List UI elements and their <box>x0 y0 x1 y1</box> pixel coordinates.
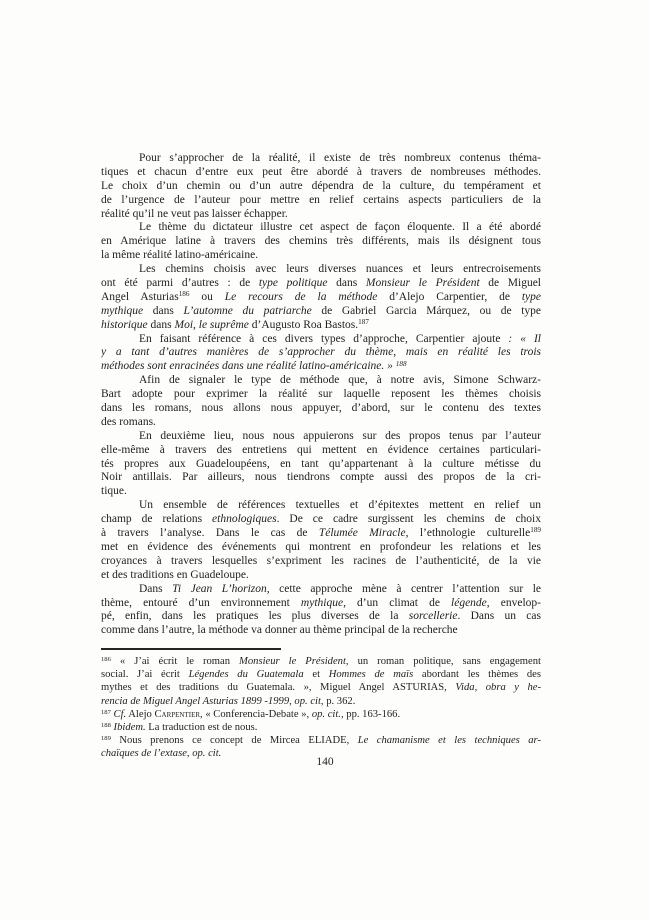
text-run: mythes et des traditions du Guatemala. »… <box>101 682 455 693</box>
text-line: En deuxième lieu, nous nous appuierons s… <box>101 430 541 444</box>
body-paragraph: En faisant référence à ces divers types … <box>101 333 541 375</box>
text-run: met en évidence des événements qui montr… <box>101 541 541 553</box>
document-page: Pour s’approcher de la réalité, il exist… <box>0 0 650 920</box>
text-run: . De ce cadre surgissent les chemins de … <box>277 513 541 525</box>
text-line: Bart adopte pour exprimer la réalité sur… <box>101 388 541 402</box>
text-line: 189 Nous prenons ce concept de Mircea EL… <box>101 734 541 747</box>
text-line: des romans. <box>101 416 541 430</box>
text-run: elle-même à travers des entretiens qui m… <box>101 444 541 456</box>
text-line: la même réalité latino-américaine. <box>101 249 541 263</box>
text-run: dans <box>148 319 175 331</box>
footnote-paragraph: 186 « J’ai écrit le roman Monsieur le Pr… <box>101 655 541 708</box>
text-line: historique dans Moi, le suprême d’August… <box>101 319 541 333</box>
text-line: réalité qu’il ne veut pas laisser échapp… <box>101 208 541 222</box>
text-line: à travers l’analyse. Dans le cas de Télu… <box>101 527 541 541</box>
text-run: méthodes sont enracinées dans une réalit… <box>101 360 396 372</box>
text-run: ont été parmi d’autres : de <box>101 277 259 289</box>
text-run: : « Il <box>500 333 541 345</box>
text-run: comme dans l’autre, la méthode va donner… <box>101 624 458 636</box>
text-run: sorcellerie <box>409 610 458 622</box>
text-run: de Miguel <box>480 277 541 289</box>
text-run: tique. <box>101 485 127 497</box>
text-line: rencia de Miguel Angel Asturias 1899 -19… <box>101 695 541 708</box>
text-run: « J’ai écrit le roman <box>111 656 239 667</box>
body-paragraph: Dans Ti Jean L’horizon, cette approche m… <box>101 583 541 639</box>
text-line: tique. <box>101 485 541 499</box>
text-line: croyances à travers lesquelles s’exprime… <box>101 555 541 569</box>
text-run: Monsieur le Président, <box>239 656 349 667</box>
text-line: Dans Ti Jean L’horizon, cette approche m… <box>101 583 541 597</box>
text-run: type politique <box>259 277 328 289</box>
footnote-paragraph: 187 Cf. Alejo Carpentier, « Conferencia-… <box>101 708 541 721</box>
body-paragraph: Afin de signaler le type de méthode que,… <box>101 374 541 430</box>
text-run: la même réalité latino-américaine. <box>101 249 258 261</box>
text-line: tiques et chacun d’entre eux peut être a… <box>101 166 541 180</box>
text-run: L’automne du patriarche <box>183 305 311 317</box>
text-run: , envelop- <box>487 597 541 609</box>
text-run: La traduction est de nous. <box>146 722 258 733</box>
text-run: mythique <box>301 597 343 609</box>
text-run: Dans <box>139 583 172 595</box>
text-run: Le choix d’un chemin ou d’un autre dépen… <box>101 180 541 192</box>
text-line: Afin de signaler le type de méthode que,… <box>101 374 541 388</box>
text-run: un roman politique, sans engagement <box>349 656 541 667</box>
text-run: tiques et chacun d’entre eux peut être a… <box>101 166 541 178</box>
body-paragraph: Les chemins choisis avec leurs diverses … <box>101 263 541 332</box>
text-run: , « Conferencia-Debate », <box>200 709 312 720</box>
footnote-reference: 189 <box>530 527 541 534</box>
footnote-reference: 187 <box>101 709 111 716</box>
footnote-reference: 189 <box>101 735 111 742</box>
footnote-reference: 188 <box>101 722 111 729</box>
text-run: op. cit <box>294 696 320 707</box>
text-run: dans <box>328 277 366 289</box>
text-run: des romans. <box>101 416 156 428</box>
text-line: elle-même à travers des entretiens qui m… <box>101 444 541 458</box>
text-line: Les chemins choisis avec leurs diverses … <box>101 263 541 277</box>
text-run: , d’un climat de <box>343 597 451 609</box>
text-run: légende <box>451 597 487 609</box>
text-run: Vida, obra y he- <box>455 682 541 693</box>
text-run: , p. 362. <box>321 696 355 707</box>
text-run: Ti Jean L’horizon, <box>172 583 269 595</box>
text-run: Bart adopte pour exprimer la réalité sur… <box>101 388 541 400</box>
text-run: En deuxième lieu, nous nous appuierons s… <box>139 430 541 442</box>
text-line: pé, enfin, dans les pratiques les plus d… <box>101 610 541 624</box>
text-line: et des traditions en Guadeloupe. <box>101 569 541 583</box>
text-run: y a tant d’autres manières de s’approche… <box>101 346 541 358</box>
text-run: de l’urgence de l’auteur pour mettre en … <box>101 194 541 206</box>
text-run: Hommes de maïs <box>329 669 414 680</box>
text-run: de Gabriel Garcia Márquez, ou de type <box>312 305 541 317</box>
footnote-reference: 186 <box>101 656 111 663</box>
text-run: , pp. 163-166. <box>341 709 400 720</box>
text-run: Angel Asturias <box>101 291 179 303</box>
text-line: Angel Asturias186 ou Le recours de la mé… <box>101 291 541 305</box>
body-paragraph: Pour s’approcher de la réalité, il exist… <box>101 152 541 221</box>
text-run: Moi, le suprême <box>174 319 248 331</box>
text-line: Un ensemble de références textuelles et … <box>101 499 541 513</box>
text-run: Le thème du dictateur illustre cet aspec… <box>139 221 541 233</box>
text-run: historique <box>101 319 148 331</box>
text-run: Cf. <box>114 709 127 720</box>
footnote-reference: 186 <box>179 291 190 298</box>
text-run: mythique <box>101 305 143 317</box>
footnote-reference: 187 <box>358 319 369 326</box>
text-line: 187 Cf. Alejo Carpentier, « Conferencia-… <box>101 708 541 721</box>
text-line: met en évidence des événements qui montr… <box>101 541 541 555</box>
text-run: Le chamanisme et les techniques ar- <box>358 735 541 746</box>
text-run: Pour s’approcher de la réalité, il exist… <box>139 152 541 164</box>
text-run: cette approche mène à centrer l’attentio… <box>270 583 541 595</box>
text-line: thème, entouré d’un environnement mythiq… <box>101 597 541 611</box>
text-run: En faisant référence à ces divers types … <box>139 333 500 345</box>
body-paragraph: En deuxième lieu, nous nous appuierons s… <box>101 430 541 499</box>
text-run: rencia de Miguel Angel Asturias 1899 -19… <box>101 696 289 707</box>
text-run: d’Augusto Roa Bastos. <box>249 319 358 331</box>
text-run: pé, enfin, dans les pratiques les plus d… <box>101 610 409 622</box>
footnote-separator <box>101 648 281 650</box>
text-run: Carpentier <box>154 709 200 720</box>
text-run: type <box>522 291 541 303</box>
text-run: op. cit. <box>312 709 341 720</box>
text-line: Le choix d’un chemin ou d’un autre dépen… <box>101 180 541 194</box>
text-line: 186 « J’ai écrit le roman Monsieur le Pr… <box>101 655 541 668</box>
text-run: abordant les thèmes des <box>413 669 541 680</box>
text-line: y a tant d’autres manières de s’approche… <box>101 346 541 360</box>
text-line: ont été parmi d’autres : de type politiq… <box>101 277 541 291</box>
text-line: champ de relations ethnologiques. De ce … <box>101 513 541 527</box>
text-run: Noir antillais. Par ailleurs, nous tiend… <box>101 471 541 483</box>
text-run: Le recours de la méthode <box>225 291 378 303</box>
text-line: en Amérique latine à travers des chemins… <box>101 235 541 249</box>
text-line: dans les romans, nous allons nous appuye… <box>101 402 541 416</box>
text-line: 188 Ibidem. La traduction est de nous. <box>101 721 541 734</box>
text-run: à travers l’analyse. Dans le cas de <box>101 527 319 539</box>
text-run: Nous prenons ce concept de Mircea ELIADE… <box>111 735 358 746</box>
text-run: Télumée Miracle <box>319 527 406 539</box>
text-line: comme dans l’autre, la méthode va donner… <box>101 624 541 638</box>
text-run: tés propres aux Guadeloupéens, en tant q… <box>101 458 541 470</box>
text-run: d’Alejo Carpentier, de <box>377 291 522 303</box>
footnote-paragraph: 188 Ibidem. La traduction est de nous. <box>101 721 541 734</box>
text-run: et des traditions en Guadeloupe. <box>101 569 249 581</box>
text-run: ou <box>189 291 224 303</box>
text-line: mythes et des traditions du Guatemala. »… <box>101 681 541 694</box>
text-run: dans <box>143 305 183 317</box>
text-run: Monsieur le Président <box>366 277 480 289</box>
text-run: Légendes du Guatemala <box>189 669 304 680</box>
text-run: en Amérique latine à travers des chemins… <box>101 235 541 247</box>
text-run: ethnologiques <box>212 513 277 525</box>
text-run: et <box>304 669 329 680</box>
text-run: thème, entouré d’un environnement <box>101 597 301 609</box>
body-text-block: Pour s’approcher de la réalité, il exist… <box>101 152 541 638</box>
text-line: méthodes sont enracinées dans une réalit… <box>101 360 541 374</box>
text-run: Un ensemble de références textuelles et … <box>139 499 541 511</box>
text-run: Ibidem. <box>114 722 146 733</box>
body-paragraph: Le thème du dictateur illustre cet aspec… <box>101 221 541 263</box>
text-run: , l’ethnologie culturelle <box>406 527 531 539</box>
text-run: champ de relations <box>101 513 212 525</box>
text-run: . Dans un cas <box>457 610 541 622</box>
text-line: tés propres aux Guadeloupéens, en tant q… <box>101 458 541 472</box>
text-line: Pour s’approcher de la réalité, il exist… <box>101 152 541 166</box>
text-run: dans les romans, nous allons nous appuye… <box>101 402 541 414</box>
text-run: social. J’ai écrit <box>101 669 189 680</box>
text-line: Noir antillais. Par ailleurs, nous tiend… <box>101 471 541 485</box>
text-line: de l’urgence de l’auteur pour mettre en … <box>101 194 541 208</box>
text-line: social. J’ai écrit Légendes du Guatemala… <box>101 668 541 681</box>
footnotes-block: 186 « J’ai écrit le roman Monsieur le Pr… <box>101 655 541 761</box>
footnote-reference: 188 <box>396 360 407 367</box>
text-line: mythique dans L’automne du patriarche de… <box>101 305 541 319</box>
text-run: Afin de signaler le type de méthode que,… <box>139 374 541 386</box>
text-line: En faisant référence à ces divers types … <box>101 333 541 347</box>
body-paragraph: Un ensemble de références textuelles et … <box>101 499 541 582</box>
page-number: 140 <box>0 756 650 768</box>
text-run: réalité qu’il ne veut pas laisser échapp… <box>101 208 288 220</box>
text-line: Le thème du dictateur illustre cet aspec… <box>101 221 541 235</box>
text-run: croyances à travers lesquelles s’exprime… <box>101 555 541 567</box>
text-run: Les chemins choisis avec leurs diverses … <box>139 263 541 275</box>
text-run: Alejo <box>126 709 154 720</box>
